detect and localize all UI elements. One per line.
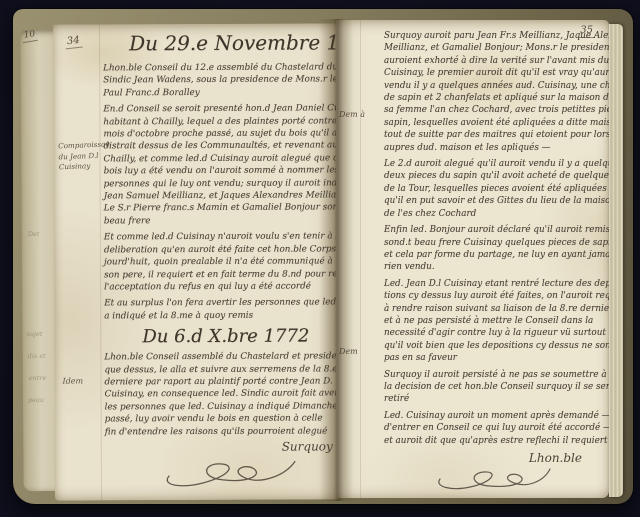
manuscript-line: personnes qui le luy ont vendu; surquoy … (104, 177, 336, 190)
paragraph: Surquoy auroit paru Jean Fr.s Meillianz,… (384, 30, 608, 154)
manuscript-line: que dessus, le alla et suivre aux serrem… (104, 363, 336, 376)
right-page: 35 Dem à Dem Surquoy auroit paru Jean Fr… (336, 20, 609, 498)
paragraph: Le 2.d auroit alegué qu'il auroit vendu … (384, 158, 608, 220)
manuscript-line: son pere, il requiert et en fait terme d… (104, 268, 336, 281)
paragraph: Et comme led.d Cuisinay n'auroit voulu s… (104, 231, 336, 294)
manuscript-line: auroient exhorté à dire la verité sur l'… (384, 55, 608, 67)
right-page-margin-crease (360, 20, 361, 498)
manuscript-line: et à ne pas persisté à mettre le Conseil… (384, 315, 608, 327)
margin-note-idem: Idem (62, 376, 83, 385)
manuscript-line: habitant à Chailly, lequel a des plainte… (103, 115, 335, 128)
manuscript-line: Surquoy auroit paru Jean Fr.s Meillianz,… (384, 30, 608, 42)
manuscript-line: fin d'entendre les raisons qu'ils pourro… (105, 425, 337, 438)
manuscript-photo: Det sujet dis et entre peau 10 34 Du 29.… (0, 0, 640, 517)
manuscript-line: distrait dessus de les Communaultés, et … (103, 140, 335, 153)
paragraph: Surquoy il auroit persisté à ne pas se s… (384, 369, 608, 406)
left-page-text-column: Lhon.ble Conseil du 12.e assemblé du Cha… (103, 61, 337, 492)
manuscript-line: d'entrer en Conseil ce qui luy auroit ét… (384, 422, 608, 434)
manuscript-line: Et comme led.d Cuisinay n'auroit voulu s… (104, 231, 336, 244)
manuscript-line: passé, luy avoir vendu le bois en questi… (105, 413, 337, 426)
manuscript-line: bois luy a été vendu on l'auroit sommé à… (104, 165, 336, 178)
manuscript-line: mois d'octobre proche passé, au sujet du… (103, 127, 335, 140)
manuscript-line: Lhon.ble Conseil assemblé du Chastelard … (104, 351, 336, 364)
manuscript-line: de sapin et 2 chanfelats et apliqué sur … (384, 92, 608, 104)
manuscript-line: de l'es chez Cochard (384, 208, 608, 220)
old-leaf-page-number: 10 (21, 29, 38, 43)
paragraph: Enfin led. Bonjour auroit déclaré qu'il … (384, 224, 608, 274)
edge-fragment: peau (28, 396, 44, 404)
register-book: Det sujet dis et entre peau 10 34 Du 29.… (13, 9, 633, 504)
left-page-margin-crease (99, 24, 102, 500)
paragraph: Led. Cuisinay auroit un moment après dem… (384, 410, 608, 447)
date-header-december: Du 6.d X.bre 1772 (142, 326, 336, 348)
manuscript-line: aupres dud. maison et les apliqués — (384, 142, 608, 154)
manuscript-line: pas en sa faveur (384, 352, 608, 364)
manuscript-line: Enfin led. Bonjour auroit déclaré qu'il … (384, 224, 608, 236)
manuscript-line: tions cy dessus luy auroit été faites, o… (384, 290, 608, 302)
margin-note-comparution: Comparoissandu Jean D.lCuisinay (58, 140, 105, 173)
manuscript-line: qu'il voit bien que les depositions cy d… (384, 340, 608, 352)
right-signature-row: Lhon.ble (384, 451, 608, 493)
manuscript-line: deux pieces du sapin qu'il avoit acheté … (384, 170, 608, 182)
margin-note-dem: Dem à (339, 110, 365, 119)
manuscript-line: sond.t beau frere Cuisinay quelques piec… (384, 237, 608, 249)
signature-flourish-icon (432, 461, 552, 495)
left-page: 34 Du 29.e Novembre 1772 Comparoissandu … (53, 23, 338, 500)
manuscript-line: Et au surplus l'on fera avertir les pers… (104, 297, 336, 310)
manuscript-line: rien vendu. (384, 261, 608, 273)
left-page-number: 34 (64, 35, 82, 50)
manuscript-line: Sindic Jean Wadens, sous la presidence d… (103, 74, 335, 87)
manuscript-line: Cuisinay (59, 161, 105, 173)
manuscript-line: deliberation qu'en auroit été faite cet … (104, 243, 336, 256)
manuscript-line: beau frere (104, 214, 336, 227)
paragraph: En.d Conseil se seroit presenté hon.d Je… (103, 103, 336, 228)
manuscript-line: necessité d'agir contre luy à la rigueur… (384, 327, 608, 339)
manuscript-line: Le 2.d auroit alegué qu'il auroit vendu … (384, 158, 608, 170)
signature-flourish-icon (159, 450, 299, 493)
manuscript-line: les personnes que led. Cuisinay a indiqu… (105, 400, 337, 413)
manuscript-line: sa femme l'an chez Cochard, avec trois p… (384, 104, 608, 116)
left-signature-row: Surquoy (105, 441, 337, 492)
manuscript-line: et cela par forme du partage, ne luy en … (384, 249, 608, 261)
manuscript-line: à rendre raison suivant sa liaison de la… (384, 303, 608, 315)
manuscript-line: Led. Jean D.l Cuisinay etant rentré lect… (384, 278, 608, 290)
manuscript-line: Le S.r Pierre franc.s Mamin et Gamaliel … (104, 202, 336, 215)
date-header-november: Du 29.e Novembre 1772 (129, 30, 338, 55)
paragraph: Lhon.ble Conseil du 12.e assemblé du Cha… (103, 61, 335, 99)
manuscript-line: la decision de cet hon.ble Conseil surqu… (384, 381, 608, 393)
manuscript-line: Paul Franc.d Boralley (103, 86, 335, 99)
manuscript-line: Jean Samuel Meillianz, et Jaques Alexand… (104, 189, 336, 202)
manuscript-line: Led. Cuisinay auroit un moment après dem… (384, 410, 608, 422)
manuscript-line: jourd'huit, quoin prealable il n'a été c… (104, 255, 336, 268)
manuscript-line: de la Tour, lesquelles pieces avoient ét… (384, 183, 608, 195)
manuscript-line: Surquoy il auroit persisté à ne pas se s… (384, 369, 608, 381)
manuscript-line: vendu il y a quelques années aud. Cuisin… (384, 80, 608, 92)
page-edge-stack (609, 24, 623, 497)
manuscript-line: tout de suitte par des maitres qui etoie… (384, 129, 608, 141)
right-page-text-column: Surquoy auroit paru Jean Fr.s Meillianz,… (384, 30, 608, 493)
edge-fragment: entre (29, 374, 47, 382)
edge-fragment: sujet (26, 330, 42, 338)
manuscript-line: derniere par raport au plaintif porté co… (104, 375, 336, 388)
manuscript-line: Cuisinay, le premier auroit dit qu'il es… (384, 67, 608, 79)
paragraph: Led. Jean D.l Cuisinay etant rentré lect… (384, 278, 608, 365)
margin-note-dem: Dem (339, 347, 358, 356)
manuscript-line: et auroit dit que qu'après estre reflech… (384, 435, 608, 447)
manuscript-line: En.d Conseil se seroit presenté hon.d Je… (103, 103, 335, 116)
manuscript-line: qu'il en put savoir et des Gittes du lie… (384, 195, 608, 207)
manuscript-line: a indiqué et la 8.me à quoy remis (104, 309, 336, 322)
manuscript-line: Lhon.ble Conseil du 12.e assemblé du Cha… (103, 61, 335, 74)
manuscript-line: Meillianz, et Gamaliel Bonjour; Mons.r l… (384, 42, 608, 54)
paragraph: Lhon.ble Conseil assemblé du Chastelard … (104, 351, 336, 439)
manuscript-line: retiré (384, 393, 608, 405)
manuscript-line: Chailly, et comme led.d Cuisinay auroit … (104, 152, 336, 165)
manuscript-line: Cuisinay, en consequence led. Sindic aur… (105, 388, 337, 401)
edge-fragment: Det (28, 230, 40, 238)
manuscript-line: sapin, lesquelles avoient été apliquées … (384, 117, 608, 129)
paragraph: Et au surplus l'on fera avertir les pers… (104, 297, 336, 323)
manuscript-line: l'acceptation du refus en qui luy a été … (104, 280, 336, 293)
edge-fragment: dis et (28, 352, 46, 360)
